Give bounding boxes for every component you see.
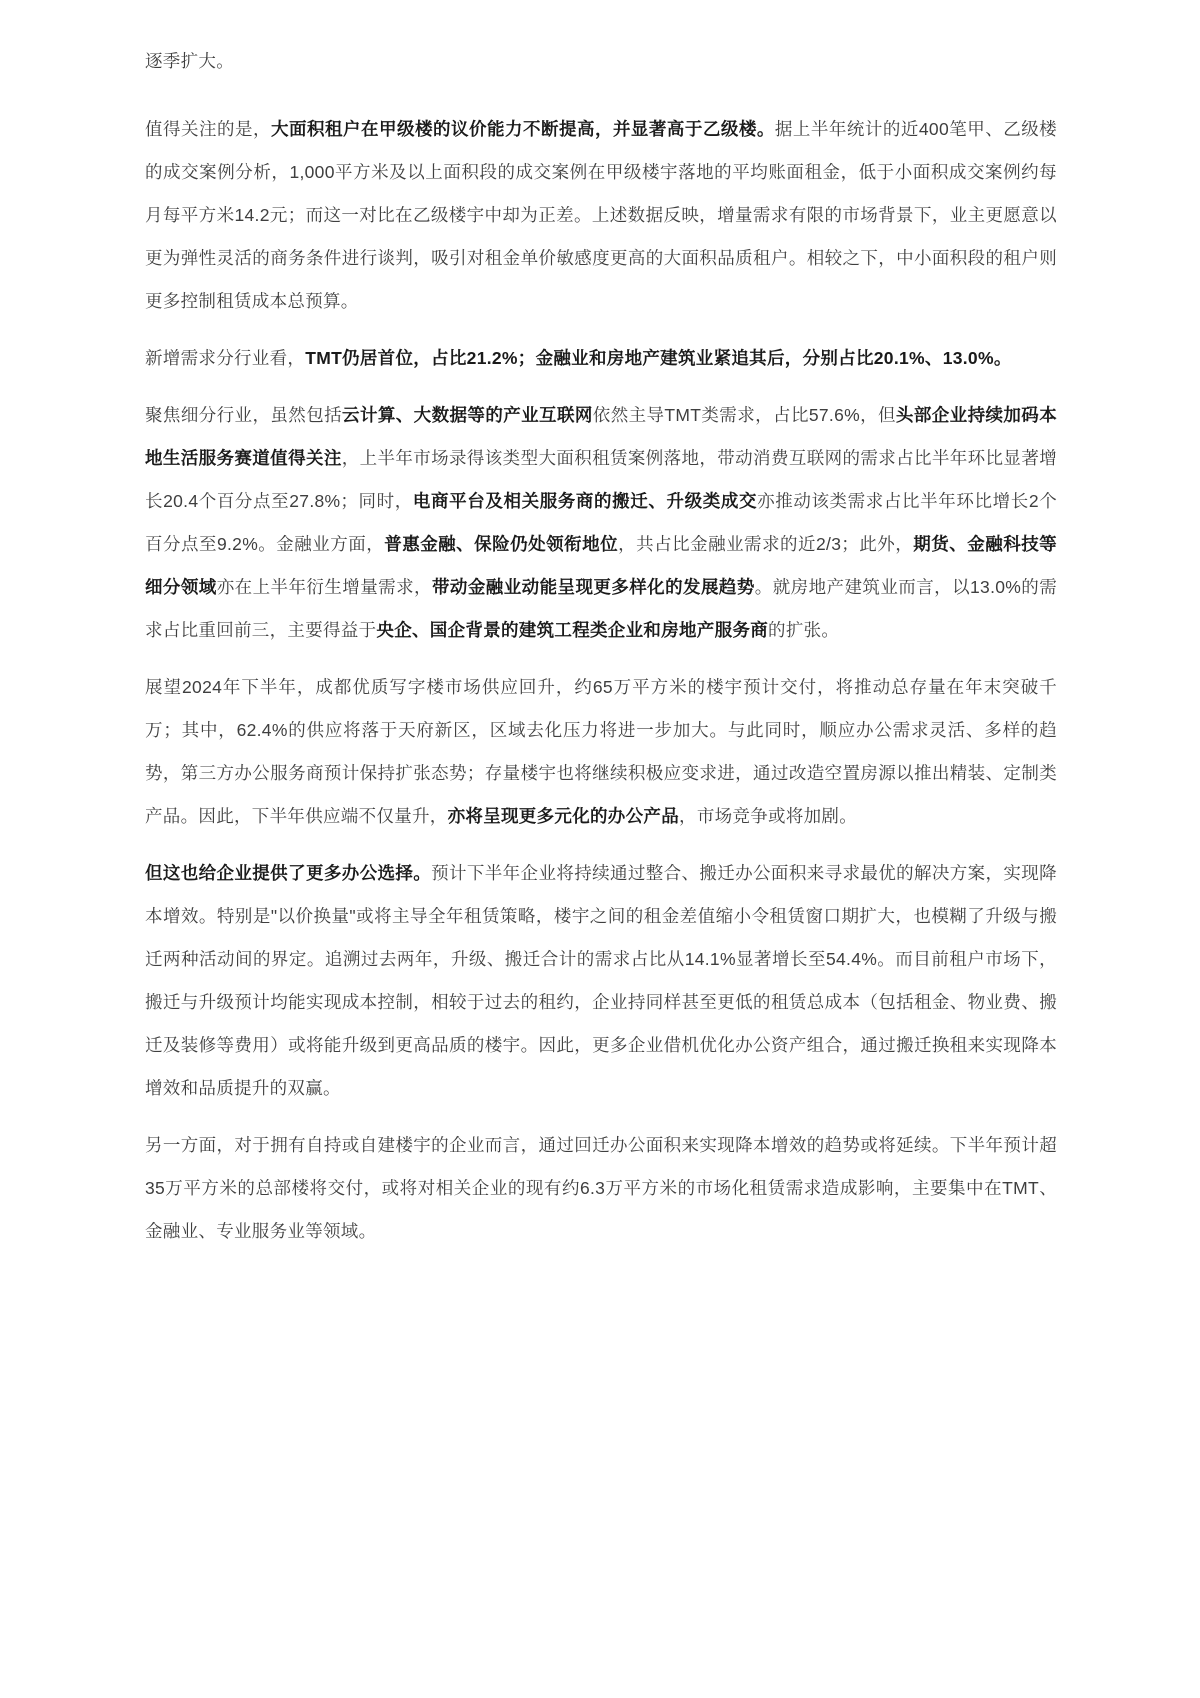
paragraph: 聚焦细分行业，虽然包括云计算、大数据等的产业互联网依然主导TMT类需求，占比57…	[145, 394, 1057, 652]
report-page: 逐季扩大。值得关注的是，大面积租户在甲级楼的议价能力不断提高，并显著高于乙级楼。…	[0, 0, 1200, 1698]
paragraph: 另一方面，对于拥有自持或自建楼宇的企业而言，通过回迁办公面积来实现降本增效的趋势…	[145, 1124, 1057, 1253]
text-run: 亦在上半年衍生增量需求，	[217, 577, 432, 597]
text-run: 展望2024年下半年，成都优质写字楼市场供应回升，约65万平方米的楼宇预计交付，…	[145, 677, 1057, 826]
paragraph: 值得关注的是，大面积租户在甲级楼的议价能力不断提高，并显著高于乙级楼。据上半年统…	[145, 108, 1057, 323]
text-run: ，市场竞争或将加剧。	[679, 806, 857, 826]
text-run: 值得关注的是，	[145, 119, 271, 139]
text-run: 逐季扩大。	[145, 51, 234, 71]
text-run: 的扩张。	[768, 620, 839, 640]
text-run: 聚焦细分行业，虽然包括	[145, 405, 342, 425]
paragraph: 但这也给企业提供了更多办公选择。预计下半年企业将持续通过整合、搬迁办公面积来寻求…	[145, 852, 1057, 1110]
paragraph: 新增需求分行业看，TMT仍居首位，占比21.2%；金融业和房地产建筑业紧追其后，…	[145, 337, 1057, 380]
text-run: 新增需求分行业看，	[145, 348, 305, 368]
text-run-bold: 普惠金融、保险仍处领衔地位	[384, 534, 618, 554]
text-run-bold: 但这也给企业提供了更多办公选择。	[145, 863, 431, 883]
text-run-bold: 带动金融业动能呈现更多样化的发展趋势	[432, 577, 755, 597]
text-run-bold: 云计算、大数据等的产业互联网	[342, 405, 593, 425]
text-run-bold: 亦将呈现更多元化的办公产品	[448, 806, 679, 826]
paragraph: 展望2024年下半年，成都优质写字楼市场供应回升，约65万平方米的楼宇预计交付，…	[145, 666, 1057, 838]
text-run: 依然主导TMT类需求，占比57.6%，但	[593, 405, 896, 425]
text-run: ，共占比金融业需求的近2/3；此外，	[618, 534, 913, 554]
paragraph: 逐季扩大。	[145, 40, 1057, 83]
text-run-bold: 大面积租户在甲级楼的议价能力不断提高，并显著高于乙级楼。	[271, 119, 775, 139]
text-run-bold: 电商平台及相关服务商的搬迁、升级类成交	[413, 491, 757, 511]
text-run: 预计下半年企业将持续通过整合、搬迁办公面积来寻求最优的解决方案，实现降本增效。特…	[145, 863, 1057, 1098]
text-run: 另一方面，对于拥有自持或自建楼宇的企业而言，通过回迁办公面积来实现降本增效的趋势…	[145, 1135, 1057, 1241]
text-run-bold: 央企、国企背景的建筑工程类企业和房地产服务商	[376, 620, 768, 640]
text-run: 据上半年统计的近400笔甲、乙级楼的成交案例分析，1,000平方米及以上面积段的…	[145, 119, 1057, 311]
text-run-bold: TMT仍居首位，占比21.2%；金融业和房地产建筑业紧追其后，分别占比20.1%…	[305, 348, 1011, 368]
document-body: 逐季扩大。值得关注的是，大面积租户在甲级楼的议价能力不断提高，并显著高于乙级楼。…	[145, 40, 1057, 1253]
